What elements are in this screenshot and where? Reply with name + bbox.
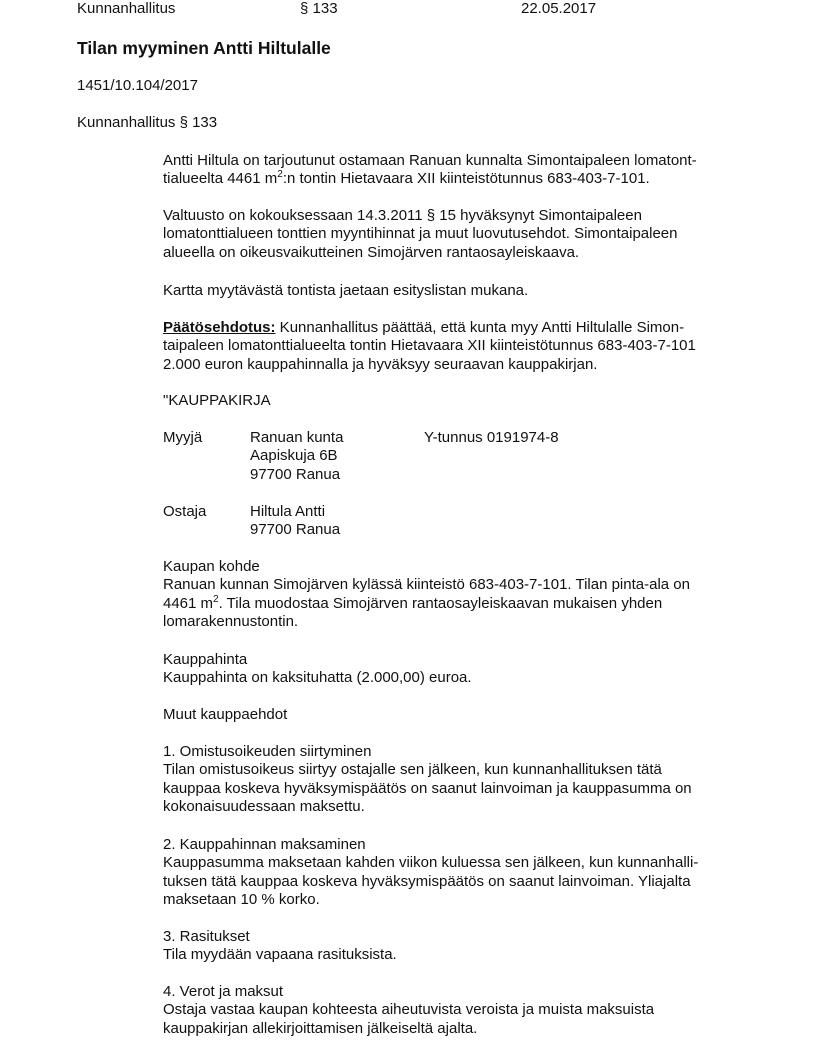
council-paragraph: Valtuusto on kokouksessaan 14.3.2011 § 1… [163, 207, 678, 262]
buyer-label: Ostaja [163, 503, 206, 521]
price-heading: Kauppahinta [163, 651, 472, 669]
buyer-postal: 97700 Ranua [250, 521, 340, 539]
buyer-name: Hiltula Antti [250, 503, 325, 521]
subject-text: 4461 m [163, 595, 213, 612]
seller-business-id: Y-tunnus 0191974-8 [424, 429, 559, 447]
council-line: Valtuusto on kokouksessaan 14.3.2011 § 1… [163, 207, 678, 225]
term-heading: 3. Rasitukset [163, 928, 397, 946]
term-heading: 2. Kauppahinnan maksaminen [163, 836, 698, 854]
other-terms-heading-text: Muut kauppaehdot [163, 706, 287, 724]
proposal-paragraph: Päätösehdotus: Kunnanhallitus päättää, e… [163, 319, 696, 374]
term-line: kokonaisuudessaan maksettu. [163, 798, 692, 816]
contract-heading: "KAUPPAKIRJA [163, 392, 271, 410]
subject-heading: Kaupan kohde [163, 558, 690, 576]
seller-postal: 97700 Ranua [250, 466, 340, 484]
intro-line: tialueelta 4461 m2:n tontin Hietavaara X… [163, 170, 697, 188]
term-line: tuksen tätä kauppaa koskeva hyväksymispä… [163, 873, 698, 891]
proposal-text: Kunnanhallitus päättää, että kunta myy A… [276, 319, 685, 336]
intro-line: Antti Hiltula on tarjoutunut ostamaan Ra… [163, 152, 697, 170]
subject-line: Ranuan kunnan Simojärven kylässä kiintei… [163, 576, 690, 594]
seller-address: Aapiskuja 6B [250, 447, 338, 465]
term-heading: 1. Omistusoikeuden siirtyminen [163, 743, 692, 761]
term-line: Tilan omistusoikeus siirtyy ostajalle se… [163, 761, 692, 779]
proposal-line: Päätösehdotus: Kunnanhallitus päättää, e… [163, 319, 696, 337]
price-text: Kauppahinta on kaksituhatta (2.000,00) e… [163, 669, 472, 687]
proposal-line: 2.000 euron kauppahinnalla ja hyväksyy s… [163, 356, 696, 374]
term-heading: 4. Verot ja maksut [163, 983, 654, 1001]
map-line: Kartta myytävästä tontista jaetaan esity… [163, 282, 528, 300]
council-line: lomatonttialueen tonttien myyntihinnat j… [163, 225, 678, 243]
term-section: 1. Omistusoikeuden siirtyminen Tilan omi… [163, 743, 692, 817]
seller-name: Ranuan kunta [250, 429, 343, 447]
term-line: Ostaja vastaa kaupan kohteesta aiheutuvi… [163, 1001, 654, 1019]
subject-line: lomarakennustontin. [163, 613, 690, 631]
header-date: 22.05.2017 [521, 0, 596, 18]
term-line: kauppakirjan allekirjoittamisen jälkeise… [163, 1020, 654, 1038]
subject-section: Kaupan kohde Ranuan kunnan Simojärven ky… [163, 558, 690, 632]
body-section: Kunnanhallitus § 133 [77, 114, 217, 132]
intro-text: :n tontin Hietavaara XII kiinteistötunnu… [283, 170, 650, 187]
subject-line: 4461 m2. Tila muodostaa Simojärven ranta… [163, 595, 690, 613]
header-body: Kunnanhallitus [77, 0, 175, 18]
term-line: Kauppasumma maksetaan kahden viikon kulu… [163, 854, 698, 872]
subject-text: . Tila muodostaa Simojärven rantaosaylei… [219, 595, 663, 612]
term-line: Tila myydään vapaana rasituksista. [163, 946, 397, 964]
term-section: 3. Rasitukset Tila myydään vapaana rasit… [163, 928, 397, 965]
record-number: 1451/10.104/2017 [77, 77, 198, 95]
term-line: kauppaa koskeva hyväksymispäätös on saan… [163, 780, 692, 798]
term-section: 4. Verot ja maksut Ostaja vastaa kaupan … [163, 983, 654, 1038]
header-section: § 133 [300, 0, 338, 18]
page-title: Tilan myyminen Antti Hiltulalle [77, 38, 331, 58]
term-section: 2. Kauppahinnan maksaminen Kauppasumma m… [163, 836, 698, 910]
seller-label: Myyjä [163, 429, 202, 447]
proposal-label: Päätösehdotus: [163, 319, 276, 336]
other-terms-heading: Muut kauppaehdot [163, 706, 287, 724]
intro-text: tialueelta 4461 m [163, 170, 277, 187]
term-line: maksetaan 10 % korko. [163, 891, 698, 909]
proposal-line: taipaleen lomatonttialueelta tontin Hiet… [163, 337, 696, 355]
council-line: alueella on oikeusvaikutteinen Simojärve… [163, 244, 678, 262]
contract-heading-text: "KAUPPAKIRJA [163, 392, 271, 410]
intro-paragraph: Antti Hiltula on tarjoutunut ostamaan Ra… [163, 152, 697, 189]
map-paragraph: Kartta myytävästä tontista jaetaan esity… [163, 282, 528, 300]
price-section: Kauppahinta Kauppahinta on kaksituhatta … [163, 651, 472, 688]
